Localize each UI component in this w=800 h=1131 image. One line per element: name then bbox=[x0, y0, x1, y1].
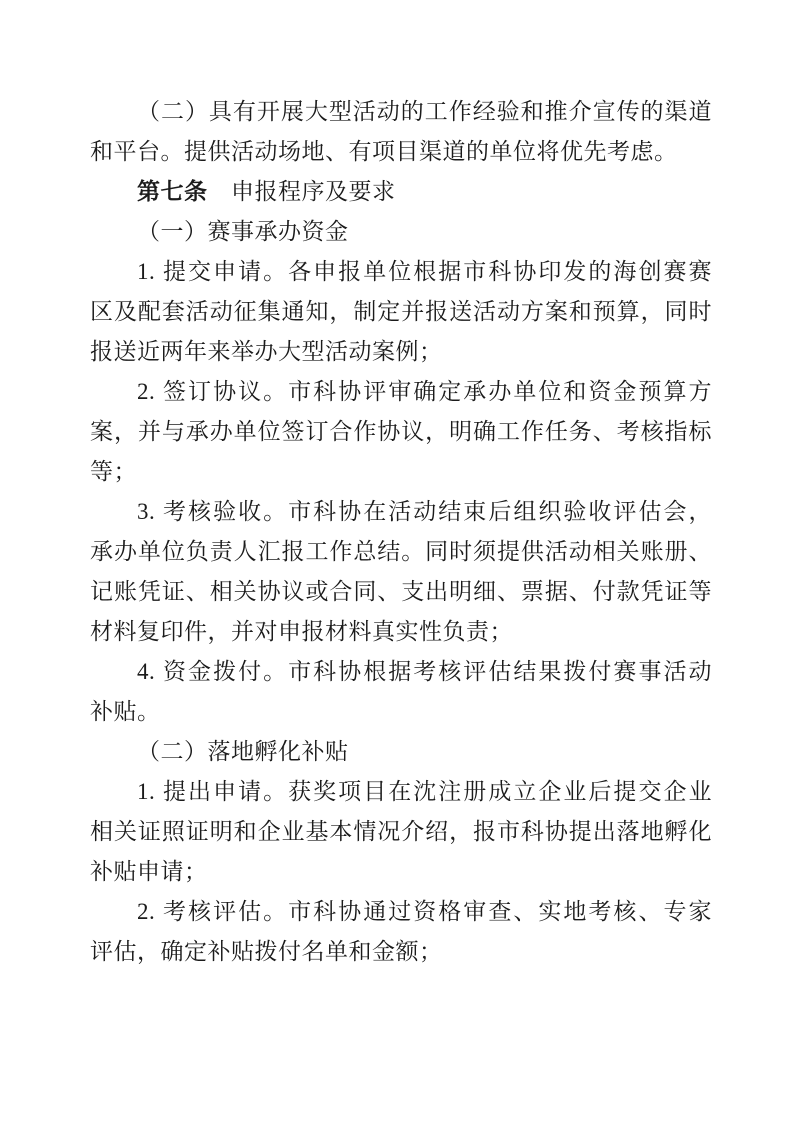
text-block: （二）具有开展大型活动的工作经验和推介宣传的渠道和平台。提供活动场地、有项目渠道… bbox=[90, 92, 712, 972]
text-run: 案，并与承办单位签订合作协议，明确工作任务、考核指标 bbox=[90, 419, 712, 444]
text-run: （二）具有开展大型活动的工作经验和推介宣传的渠道 bbox=[137, 99, 712, 124]
text-run: （二）落地孵化补贴 bbox=[137, 739, 349, 764]
text-line: 等； bbox=[90, 452, 712, 492]
text-line: 相关证照证明和企业基本情况介绍，报市科协提出落地孵化 bbox=[90, 812, 712, 852]
text-line: 3. 考核验收。市科协在活动结束后组织验收评估会， bbox=[90, 492, 712, 532]
text-line: 案，并与承办单位签订合作协议，明确工作任务、考核指标 bbox=[90, 412, 712, 452]
text-run: 承办单位负责人汇报工作总结。同时须提供活动相关账册、 bbox=[90, 539, 712, 564]
text-line: 2. 签订协议。市科协评审确定承办单位和资金预算方 bbox=[90, 372, 712, 412]
text-line: （二）落地孵化补贴 bbox=[90, 732, 712, 772]
text-run: 和平台。提供活动场地、有项目渠道的单位将优先考虑。 bbox=[90, 139, 678, 164]
text-run: 2. 签订协议。市科协评审确定承办单位和资金预算方 bbox=[137, 379, 712, 404]
text-run: 1. 提出申请。获奖项目在沈注册成立企业后提交企业 bbox=[137, 779, 712, 804]
text-line: 材料复印件，并对申报材料真实性负责； bbox=[90, 612, 712, 652]
text-run: 1. 提交申请。各申报单位根据市科协印发的海创赛赛 bbox=[137, 259, 712, 284]
text-run: 2. 考核评估。市科协通过资格审查、实地考核、专家 bbox=[137, 899, 712, 924]
text-line: 2. 考核评估。市科协通过资格审查、实地考核、专家 bbox=[90, 892, 712, 932]
text-run: 申报程序及要求 bbox=[208, 179, 396, 204]
text-line: 记账凭证、相关协议或合同、支出明细、票据、付款凭证等 bbox=[90, 572, 712, 612]
text-run: 等； bbox=[90, 459, 137, 484]
text-line: 报送近两年来举办大型活动案例； bbox=[90, 332, 712, 372]
text-line: 1. 提交申请。各申报单位根据市科协印发的海创赛赛 bbox=[90, 252, 712, 292]
text-run: （一）赛事承办资金 bbox=[137, 219, 349, 244]
text-line: 第七条 申报程序及要求 bbox=[90, 172, 712, 212]
text-line: 承办单位负责人汇报工作总结。同时须提供活动相关账册、 bbox=[90, 532, 712, 572]
text-line: 补贴。 bbox=[90, 692, 712, 732]
text-line: （一）赛事承办资金 bbox=[90, 212, 712, 252]
text-line: 和平台。提供活动场地、有项目渠道的单位将优先考虑。 bbox=[90, 132, 712, 172]
text-run: 记账凭证、相关协议或合同、支出明细、票据、付款凭证等 bbox=[90, 579, 712, 604]
text-line: （二）具有开展大型活动的工作经验和推介宣传的渠道 bbox=[90, 92, 712, 132]
text-line: 4. 资金拨付。市科协根据考核评估结果拨付赛事活动 bbox=[90, 652, 712, 692]
heading-bold-run: 第七条 bbox=[137, 179, 208, 204]
text-line: 1. 提出申请。获奖项目在沈注册成立企业后提交企业 bbox=[90, 772, 712, 812]
text-run: 补贴申请； bbox=[90, 859, 208, 884]
text-run: 4. 资金拨付。市科协根据考核评估结果拨付赛事活动 bbox=[137, 659, 712, 684]
text-line: 评估，确定补贴拨付名单和金额； bbox=[90, 932, 712, 972]
text-run: 3. 考核验收。市科协在活动结束后组织验收评估会， bbox=[137, 499, 712, 524]
text-run: 区及配套活动征集通知，制定并报送活动方案和预算，同时 bbox=[90, 299, 712, 324]
text-run: 补贴。 bbox=[90, 699, 161, 724]
text-run: 相关证照证明和企业基本情况介绍，报市科协提出落地孵化 bbox=[90, 819, 712, 844]
document-page: （二）具有开展大型活动的工作经验和推介宣传的渠道和平台。提供活动场地、有项目渠道… bbox=[0, 0, 800, 1131]
text-run: 评估，确定补贴拨付名单和金额； bbox=[90, 939, 443, 964]
text-run: 报送近两年来举办大型活动案例； bbox=[90, 339, 443, 364]
text-line: 补贴申请； bbox=[90, 852, 712, 892]
text-run: 材料复印件，并对申报材料真实性负责； bbox=[90, 619, 513, 644]
text-line: 区及配套活动征集通知，制定并报送活动方案和预算，同时 bbox=[90, 292, 712, 332]
